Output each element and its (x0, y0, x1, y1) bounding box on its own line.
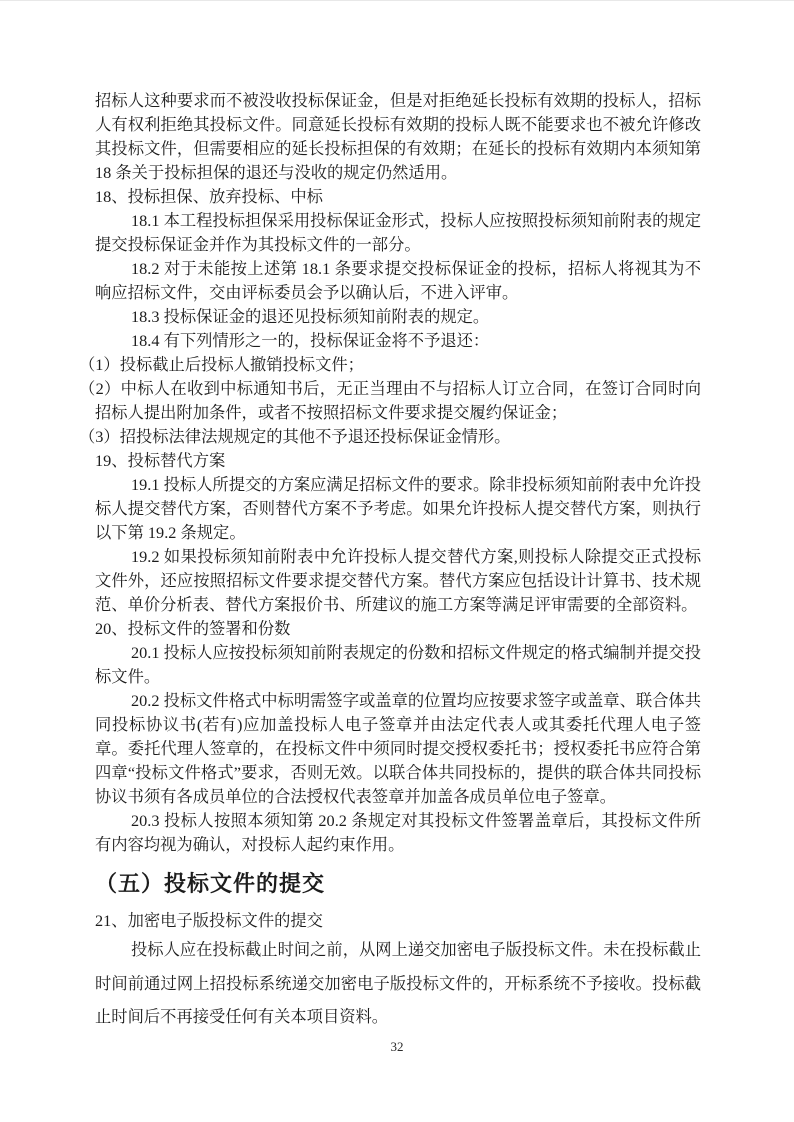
clause-18-4: 18.4 有下列情形之一的，投标保证金将不予退还： (95, 329, 701, 353)
clause-20-2: 20.2 投标文件格式中标明需签字或盖章的位置均应按要求签字或盖章、联合体共同投… (95, 689, 701, 809)
clause-19-2: 19.2 如果投标须知前附表中允许投标人提交替代方案,则投标人除提交正式投标文件… (95, 545, 701, 617)
clause-20-1: 20.1 投标人应按投标须知前附表规定的份数和招标文件规定的格式编制并提交投标文… (95, 641, 701, 689)
document-page: 招标人这种要求而不被没收投标保证金，但是对拒绝延长投标有效期的投标人，招标人有权… (0, 0, 794, 1122)
document-content: 招标人这种要求而不被没收投标保证金，但是对拒绝延长投标有效期的投标人，招标人有权… (95, 89, 701, 1034)
list-item-2: （2）中标人在收到中标通知书后，无正当理由不与招标人订立合同，在签订合同时向招标… (95, 377, 701, 425)
heading-clause-18: 18、投标担保、放弃投标、中标 (95, 185, 701, 209)
heading-clause-20: 20、投标文件的签署和份数 (95, 617, 701, 641)
paragraph-bid-security-continuation: 招标人这种要求而不被没收投标保证金，但是对拒绝延长投标有效期的投标人，招标人有权… (95, 89, 701, 185)
clause-18-1: 18.1 本工程投标担保采用投标保证金形式，投标人应按照投标须知前附表的规定提交… (95, 209, 701, 257)
list-item-1: （1）投标截止后投标人撤销投标文件； (95, 353, 701, 377)
clause-18-3: 18.3 投标保证金的退还见投标须知前附表的规定。 (95, 305, 701, 329)
heading-clause-21: 21、加密电子版投标文件的提交 (95, 909, 701, 933)
clause-19-1: 19.1 投标人所提交的方案应满足招标文件的要求。除非投标须知前附表中允许投标人… (95, 473, 701, 545)
page-number: 32 (0, 1039, 794, 1055)
section-heading-5-bid-submission: （五）投标文件的提交 (95, 869, 701, 899)
clause-20-3: 20.3 投标人按照本须知第 20.2 条规定对其投标文件签署盖章后，其投标文件… (95, 809, 701, 857)
list-item-3: （3）招投标法律法规规定的其他不予退还投标保证金情形。 (95, 425, 701, 449)
clause-18-2: 18.2 对于未能按上述第 18.1 条要求提交投标保证金的投标，招标人将视其为… (95, 257, 701, 305)
clause-21-body: 投标人应在投标截止时间之前，从网上递交加密电子版投标文件。未在投标截止时间前通过… (95, 933, 701, 1034)
heading-clause-19: 19、投标替代方案 (95, 449, 701, 473)
